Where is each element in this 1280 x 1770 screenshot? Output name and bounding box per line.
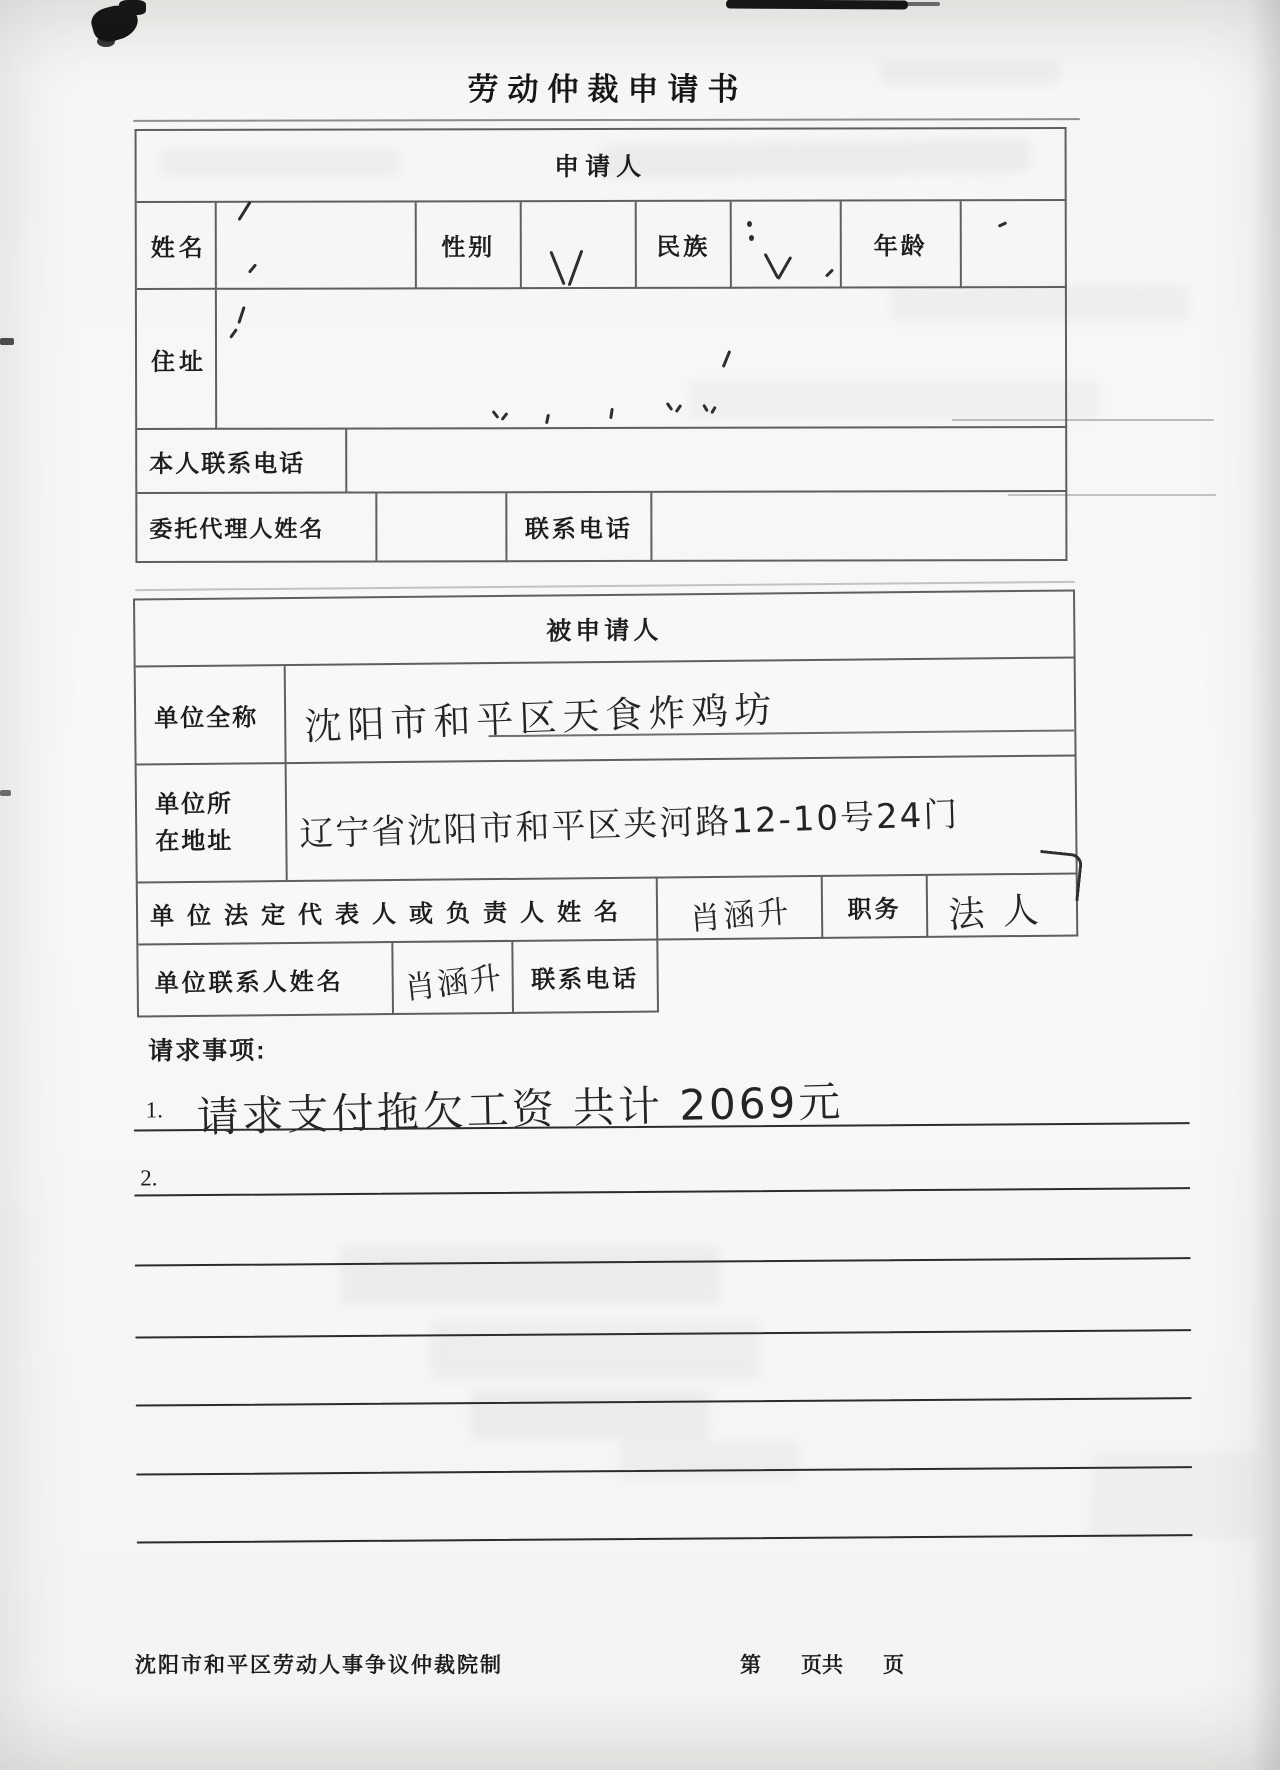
ruled-line (137, 1534, 1193, 1543)
scan-edge-shadow (1250, 0, 1280, 1770)
legal-representative-handwriting: 肖涵升 (687, 885, 792, 938)
ethnicity-label: 民族 (637, 202, 732, 289)
company-address-label: 单位所 在地址 (137, 764, 288, 883)
legal-representative-value-cell: 肖涵升 (658, 877, 824, 941)
company-name-value-cell: 沈阳市和平区天食炸鸡坊 (286, 658, 1077, 764)
ruled-line (134, 1187, 1190, 1196)
personal-phone-value-cell (347, 428, 1067, 494)
footer-page-middle: 页共 (801, 1649, 843, 1679)
agent-name-label: 委托代理人姓名 (137, 493, 377, 563)
company-address-handwriting: 辽宁省沈阳市和平区夹河路12-10号24门 (299, 786, 960, 855)
ruled-line (135, 1329, 1191, 1338)
ink-remnant (749, 235, 754, 241)
company-contact-phone-label: 联系电话 (513, 941, 659, 1014)
applicant-section-header: 申请人 (137, 129, 1067, 203)
scan-artifact-top-streak (726, 0, 908, 9)
scan-artifact-corner-blob (97, 36, 115, 47)
name-label: 姓名 (137, 203, 217, 290)
company-contact-label: 单位联系人姓名 (138, 943, 394, 1017)
scan-artifact-edge-tick (0, 338, 14, 345)
company-contact-value-cell: 肖涵升 (393, 942, 514, 1015)
scan-artifact-corner-blob (119, 0, 146, 15)
footer-page-prefix: 第 (740, 1649, 761, 1679)
ink-remnant (747, 221, 752, 227)
gender-label: 性别 (417, 202, 522, 289)
footer-pagination: 第 页共 页 (740, 1649, 904, 1679)
company-address-value-cell: 辽宁省沈阳市和平区夹河路12-10号24门 (287, 756, 1078, 882)
scan-artifact-line (133, 118, 1080, 122)
company-name-handwriting: 沈阳市和平区天食炸鸡坊 (303, 679, 778, 751)
applicant-table: 申请人 姓名 性别 民族 年龄 住址 本人联系电话 委托代理人姓名 联系电话 (135, 127, 1068, 563)
scan-artifact-edge-tick (0, 790, 11, 796)
respondent-section-header: 被申请人 (135, 591, 1076, 667)
claim-item-1-number: 1. (146, 1097, 163, 1123)
position-label: 职务 (823, 876, 929, 939)
claim-item-1-handwriting: 请求支付拖欠工资 共计 2069元 (196, 1069, 844, 1145)
company-address-label-line1: 单位所 (155, 785, 233, 823)
footer-page-suffix: 页 (883, 1649, 904, 1679)
scan-artifact-line (135, 581, 1075, 591)
agent-name-value-cell (377, 493, 507, 562)
ruled-line (136, 1466, 1192, 1475)
gender-value-cell (522, 202, 637, 289)
ruled-line (135, 1257, 1191, 1266)
name-value-cell (217, 202, 417, 289)
address-value-cell (217, 288, 1067, 430)
address-label: 住址 (137, 290, 217, 430)
personal-phone-label: 本人联系电话 (137, 430, 347, 494)
company-name-label: 单位全称 (136, 666, 287, 765)
claims-section: 请求事项: 1. 请求支付拖欠工资 共计 2069元 2. (0, 1016, 1280, 1585)
ink-remnant-hook (1036, 850, 1084, 901)
age-label: 年龄 (842, 201, 962, 288)
document-title: 劳动仲裁申请书 (0, 64, 1215, 109)
claims-heading: 请求事项: (148, 1031, 267, 1068)
scan-artifact-top-streak (898, 2, 940, 6)
ruled-line (136, 1397, 1192, 1406)
legal-representative-label: 单位法定代表人或负责人姓名 (138, 879, 659, 946)
footer-issuer: 沈阳市和平区劳动人事争议仲裁院制 (135, 1649, 503, 1679)
company-contact-handwriting: 肖涵升 (401, 951, 504, 1007)
age-value-cell (962, 201, 1067, 288)
respondent-table: 被申请人 单位全称 沈阳市和平区天食炸鸡坊 单位所 在地址 辽宁省沈阳市和平区夹… (133, 589, 1079, 1017)
company-contact-phone-value-cell (658, 936, 1079, 1012)
agent-phone-value-cell (652, 492, 1067, 562)
agent-phone-label: 联系电话 (507, 493, 652, 562)
claim-item-2-number: 2. (140, 1165, 157, 1191)
company-address-label-line2: 在地址 (155, 823, 233, 861)
scanned-document-page: 劳动仲裁申请书 申请人 姓名 性别 民族 年龄 住址 本人联系电话 委托代理人姓… (0, 0, 1280, 1770)
